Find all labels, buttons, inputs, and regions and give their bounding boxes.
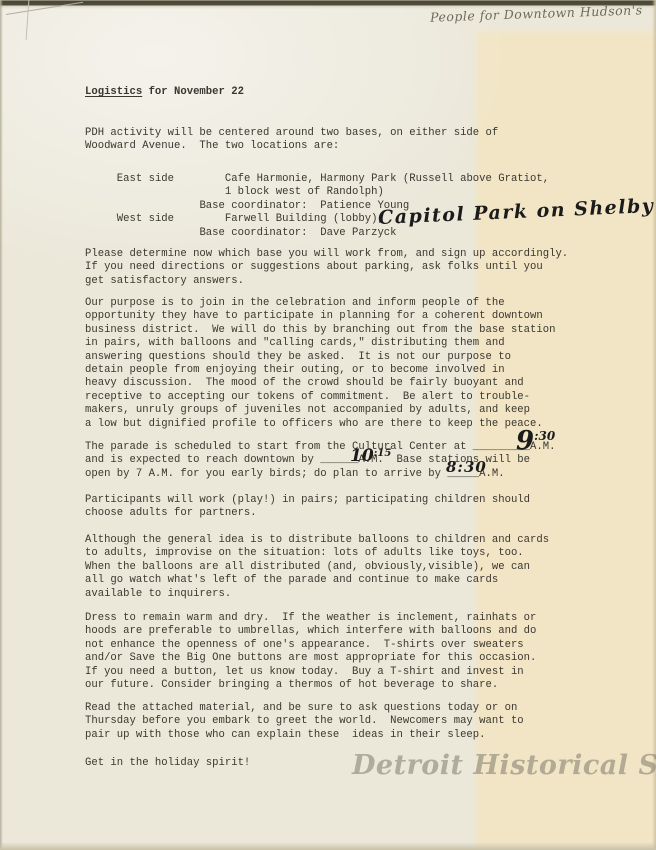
parade-start-minutes: :30 [534, 429, 555, 443]
signup-paragraph: Please determine now which base you will… [85, 248, 625, 288]
title-rest: for November 22 [142, 86, 244, 98]
downtown-arrival-minutes: :15 [374, 448, 392, 459]
title-underlined-word: Logistics [85, 86, 142, 98]
document-page: Logistics for November 22 PDH activity w… [0, 0, 656, 850]
handwritten-early-arrival-time: 8:30 [446, 460, 487, 475]
typed-text-layer: Logistics for November 22 PDH activity w… [0, 0, 656, 850]
intro-paragraph: PDH activity will be centered around two… [85, 127, 625, 154]
purpose-paragraph: Our purpose is to join in the celebratio… [85, 297, 625, 431]
detroit-historical-society-watermark: Detroit Historical Society [352, 750, 656, 781]
balloons-paragraph: Although the general idea is to distribu… [85, 534, 625, 601]
dress-paragraph: Dress to remain warm and dry. If the wea… [85, 612, 625, 692]
handwritten-parade-start-time: 9:30 [516, 425, 555, 452]
page-title: Logistics for November 22 [85, 86, 625, 99]
parade-start-hour: 9 [516, 426, 534, 456]
handwritten-downtown-arrival-time: 10:15 [350, 446, 391, 464]
downtown-arrival-hour: 10 [350, 446, 374, 466]
pairs-paragraph: Participants will work (play!) in pairs;… [85, 494, 625, 521]
read-material-paragraph: Read the attached material, and be sure … [85, 702, 625, 742]
